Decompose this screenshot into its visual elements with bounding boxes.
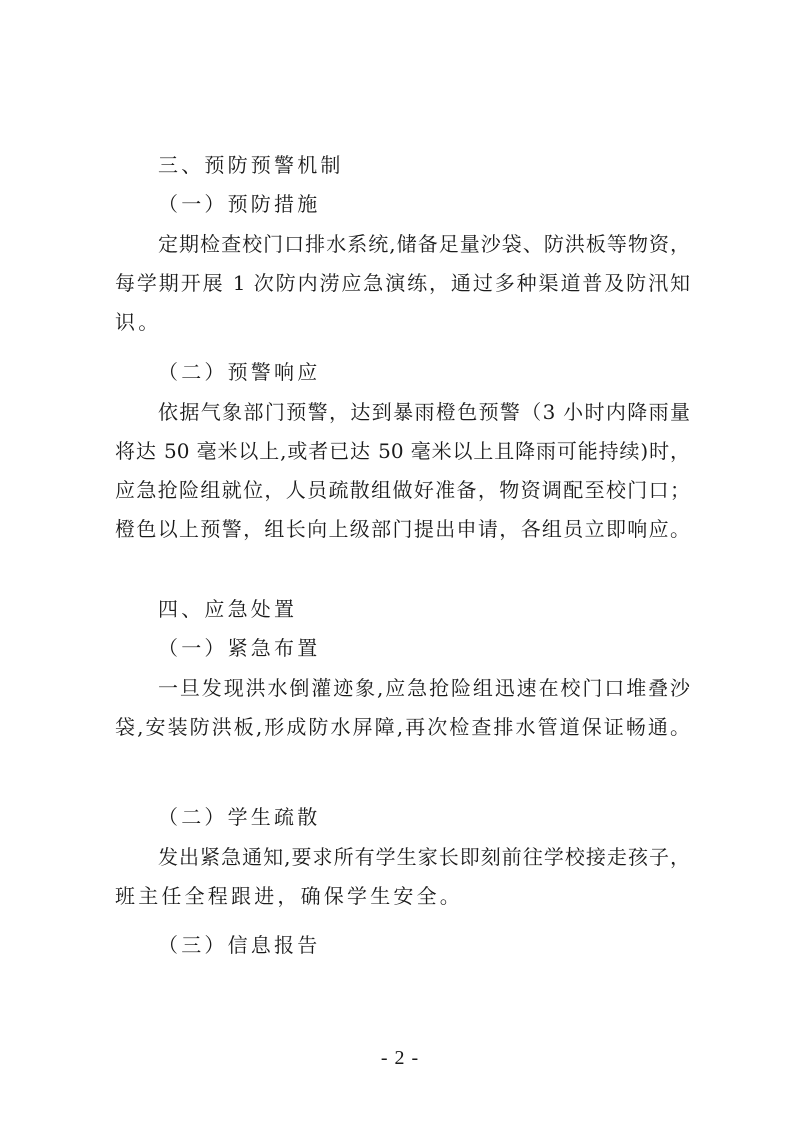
paragraph-line: 定期检查校门口排水系统,储备足量沙袋、防洪板等物资， (158, 232, 690, 256)
paragraph-line: 袋,安装防洪板,形成防水屏障,再次检查排水管道保证畅通。 (115, 715, 690, 739)
paragraph-line: 依据气象部门预警，达到暴雨橙色预警（3 小时内降雨量 (158, 400, 690, 424)
paragraph-line: 班主任全程跟进，确保学生安全。 (115, 884, 690, 908)
subsection-heading: （二）预警响应 (158, 360, 690, 384)
page-number: - 2 - (0, 1047, 800, 1070)
paragraph-line: 将达 50 毫米以上,或者已达 50 毫米以上且降雨可能持续)时， (115, 439, 690, 463)
paragraph-line: 一旦发现洪水倒灌迹象,应急抢险组迅速在校门口堆叠沙 (158, 676, 690, 700)
paragraph-line: 橙色以上预警，组长向上级部门提出申请，各组员立即响应。 (115, 517, 690, 541)
subsection-heading: （一）紧急布置 (158, 636, 690, 660)
section-heading: 三、预防预警机制 (158, 153, 690, 177)
paragraph-line: 应急抢险组就位，人员疏散组做好准备，物资调配至校门口； (115, 478, 690, 502)
subsection-heading: （一）预防措施 (158, 192, 690, 216)
paragraph-line: 发出紧急通知,要求所有学生家长即刻前往学校接走孩子， (158, 845, 690, 869)
subsection-heading: （二）学生疏散 (158, 805, 690, 829)
paragraph-line: 识。 (115, 310, 690, 334)
section-heading: 四、应急处置 (158, 597, 690, 621)
document-page: 三、预防预警机制（一）预防措施定期检查校门口排水系统,储备足量沙袋、防洪板等物资… (0, 0, 800, 1132)
paragraph-line: 每学期开展 1 次防内涝应急演练，通过多种渠道普及防汛知 (115, 271, 690, 295)
subsection-heading: （三）信息报告 (158, 933, 690, 957)
